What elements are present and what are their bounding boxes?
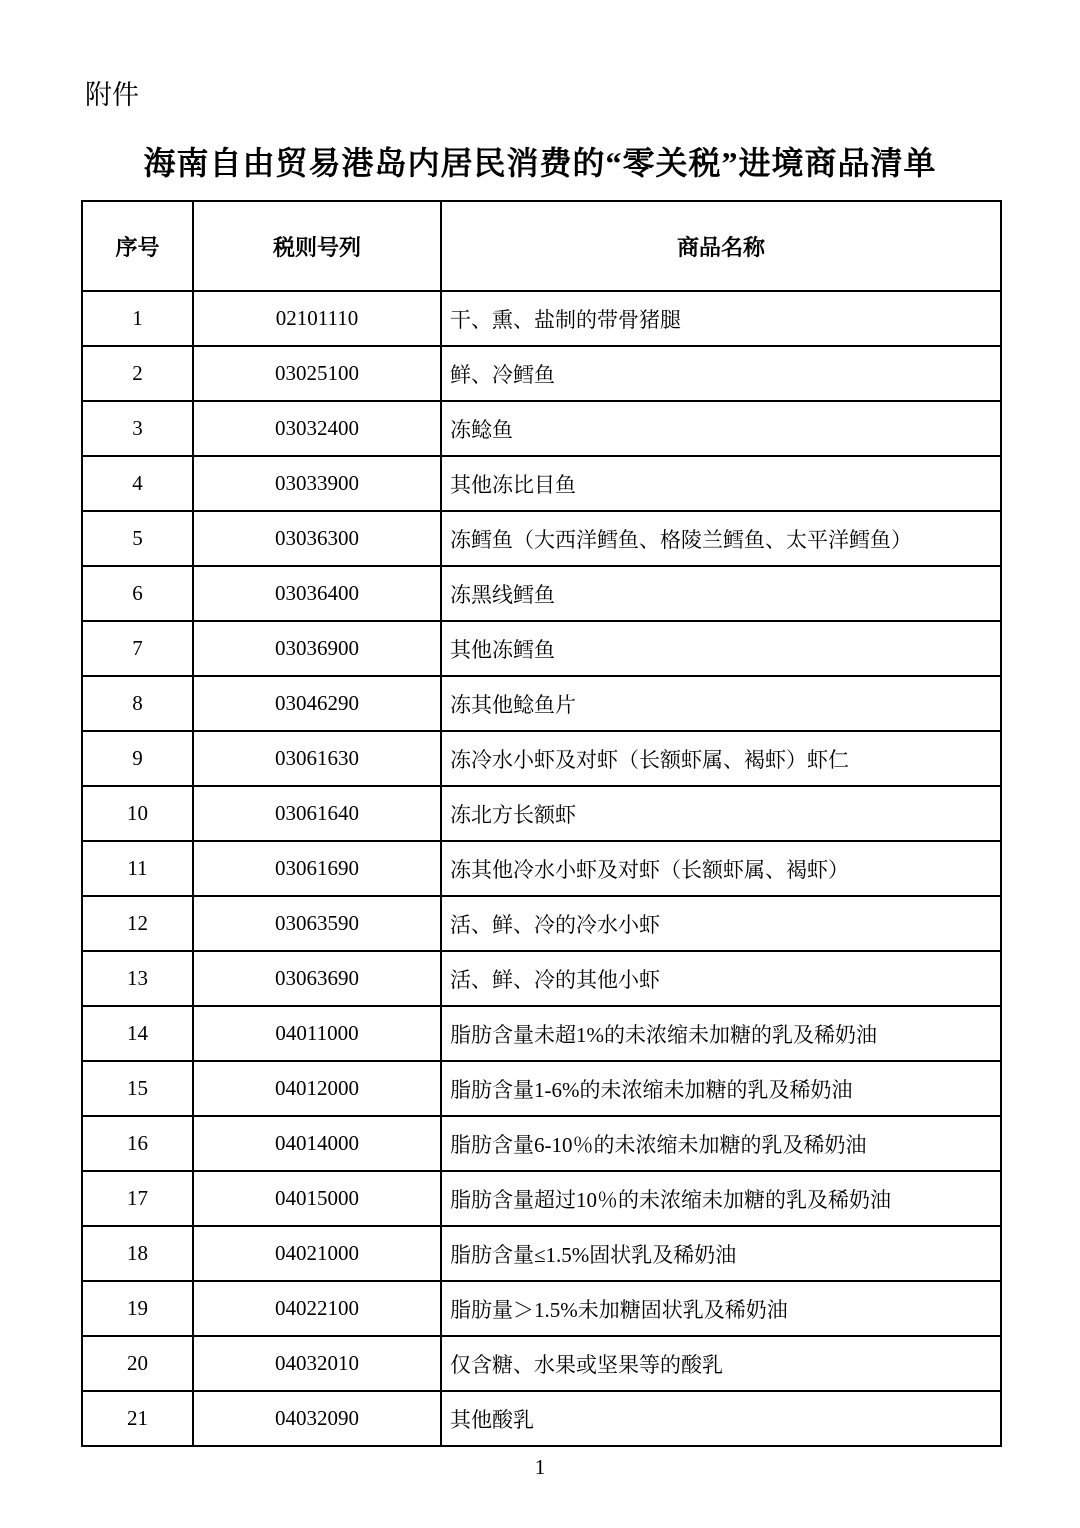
row-index-cell: 13 [82,951,193,1006]
row-index-cell: 10 [82,786,193,841]
product-name-cell: 脂肪含量6-10％的未浓缩未加糖的乳及稀奶油 [441,1116,1001,1171]
tariff-code-cell: 03061640 [193,786,441,841]
row-index-cell: 16 [82,1116,193,1171]
row-index-cell: 8 [82,676,193,731]
attachment-label: 附件 [85,78,139,112]
tariff-code-cell: 03033900 [193,456,441,511]
tariff-code-cell: 04032090 [193,1391,441,1446]
tariff-code-cell: 04014000 [193,1116,441,1171]
table-row: 102101110干、熏、盐制的带骨猪腿 [82,291,1001,346]
page-title: 海南自由贸易港岛内居民消费的“零关税”进境商品清单 [0,138,1080,184]
product-name-cell: 冻冷水小虾及对虾（长额虾属、褐虾）虾仁 [441,731,1001,786]
row-index-cell: 21 [82,1391,193,1446]
table-header: 序号税则号列商品名称 [82,201,1001,291]
table-row: 1804021000脂肪含量≤1.5%固状乳及稀奶油 [82,1226,1001,1281]
tariff-code-cell: 04021000 [193,1226,441,1281]
tariff-code-cell: 03036900 [193,621,441,676]
product-name-cell: 脂肪含量≤1.5%固状乳及稀奶油 [441,1226,1001,1281]
tariff-code-cell: 03063690 [193,951,441,1006]
tariff-code-cell: 04022100 [193,1281,441,1336]
row-index-cell: 19 [82,1281,193,1336]
table-row: 1404011000脂肪含量未超1%的未浓缩未加糖的乳及稀奶油 [82,1006,1001,1061]
tariff-code-cell: 04032010 [193,1336,441,1391]
goods-table: 序号税则号列商品名称 102101110干、熏、盐制的带骨猪腿203025100… [81,200,1002,1447]
row-index-cell: 4 [82,456,193,511]
tariff-code-cell: 03063590 [193,896,441,951]
page-number: 1 [0,1455,1080,1480]
tariff-code-cell: 03046290 [193,676,441,731]
product-name-cell: 冻北方长额虾 [441,786,1001,841]
product-name-cell: 脂肪含量超过10％的未浓缩未加糖的乳及稀奶油 [441,1171,1001,1226]
row-index-cell: 15 [82,1061,193,1116]
tariff-code-cell: 03032400 [193,401,441,456]
tariff-code-cell: 03025100 [193,346,441,401]
product-name-cell: 活、鲜、冷的其他小虾 [441,951,1001,1006]
product-name-cell: 其他冻比目鱼 [441,456,1001,511]
row-index-cell: 14 [82,1006,193,1061]
table-row: 2104032090其他酸乳 [82,1391,1001,1446]
tariff-code-cell: 04015000 [193,1171,441,1226]
table-row: 1504012000脂肪含量1-6%的未浓缩未加糖的乳及稀奶油 [82,1061,1001,1116]
table-row: 203025100鲜、冷鳕鱼 [82,346,1001,401]
tariff-code-cell: 04011000 [193,1006,441,1061]
product-name-cell: 冻其他冷水小虾及对虾（长额虾属、褐虾） [441,841,1001,896]
product-name-cell: 其他酸乳 [441,1391,1001,1446]
product-name-cell: 其他冻鳕鱼 [441,621,1001,676]
row-index-cell: 20 [82,1336,193,1391]
row-index-cell: 17 [82,1171,193,1226]
table-row: 1203063590活、鲜、冷的冷水小虾 [82,896,1001,951]
document-page: 附件 海南自由贸易港岛内居民消费的“零关税”进境商品清单 序号税则号列商品名称 … [0,0,1080,1528]
row-index-cell: 5 [82,511,193,566]
column-header-name: 商品名称 [441,201,1001,291]
product-name-cell: 脂肪含量未超1%的未浓缩未加糖的乳及稀奶油 [441,1006,1001,1061]
product-name-cell: 冻其他鲶鱼片 [441,676,1001,731]
table-row: 703036900其他冻鳕鱼 [82,621,1001,676]
table-row: 2004032010仅含糖、水果或坚果等的酸乳 [82,1336,1001,1391]
table-row: 1003061640冻北方长额虾 [82,786,1001,841]
tariff-code-cell: 03036400 [193,566,441,621]
product-name-cell: 鲜、冷鳕鱼 [441,346,1001,401]
row-index-cell: 3 [82,401,193,456]
row-index-cell: 1 [82,291,193,346]
table-row: 903061630冻冷水小虾及对虾（长额虾属、褐虾）虾仁 [82,731,1001,786]
row-index-cell: 11 [82,841,193,896]
row-index-cell: 6 [82,566,193,621]
tariff-code-cell: 03061690 [193,841,441,896]
row-index-cell: 2 [82,346,193,401]
table-row: 1103061690冻其他冷水小虾及对虾（长额虾属、褐虾） [82,841,1001,896]
table-row: 1904022100脂肪量＞1.5%未加糖固状乳及稀奶油 [82,1281,1001,1336]
table-body: 102101110干、熏、盐制的带骨猪腿203025100鲜、冷鳕鱼303032… [82,291,1001,1446]
tariff-code-cell: 03061630 [193,731,441,786]
table-row: 803046290冻其他鲶鱼片 [82,676,1001,731]
table-row: 1604014000脂肪含量6-10％的未浓缩未加糖的乳及稀奶油 [82,1116,1001,1171]
product-name-cell: 脂肪量＞1.5%未加糖固状乳及稀奶油 [441,1281,1001,1336]
product-name-cell: 冻鳕鱼（大西洋鳕鱼、格陵兰鳕鱼、太平洋鳕鱼） [441,511,1001,566]
table-row: 1704015000脂肪含量超过10％的未浓缩未加糖的乳及稀奶油 [82,1171,1001,1226]
table-row: 1303063690活、鲜、冷的其他小虾 [82,951,1001,1006]
product-name-cell: 干、熏、盐制的带骨猪腿 [441,291,1001,346]
tariff-code-cell: 02101110 [193,291,441,346]
header-row: 序号税则号列商品名称 [82,201,1001,291]
table-row: 403033900其他冻比目鱼 [82,456,1001,511]
product-name-cell: 冻黑线鳕鱼 [441,566,1001,621]
table-row: 503036300冻鳕鱼（大西洋鳕鱼、格陵兰鳕鱼、太平洋鳕鱼） [82,511,1001,566]
product-name-cell: 脂肪含量1-6%的未浓缩未加糖的乳及稀奶油 [441,1061,1001,1116]
product-name-cell: 活、鲜、冷的冷水小虾 [441,896,1001,951]
table-row: 603036400冻黑线鳕鱼 [82,566,1001,621]
column-header-code: 税则号列 [193,201,441,291]
row-index-cell: 18 [82,1226,193,1281]
product-name-cell: 冻鲶鱼 [441,401,1001,456]
row-index-cell: 9 [82,731,193,786]
table-row: 303032400冻鲶鱼 [82,401,1001,456]
product-name-cell: 仅含糖、水果或坚果等的酸乳 [441,1336,1001,1391]
tariff-code-cell: 03036300 [193,511,441,566]
row-index-cell: 7 [82,621,193,676]
tariff-code-cell: 04012000 [193,1061,441,1116]
column-header-index: 序号 [82,201,193,291]
row-index-cell: 12 [82,896,193,951]
